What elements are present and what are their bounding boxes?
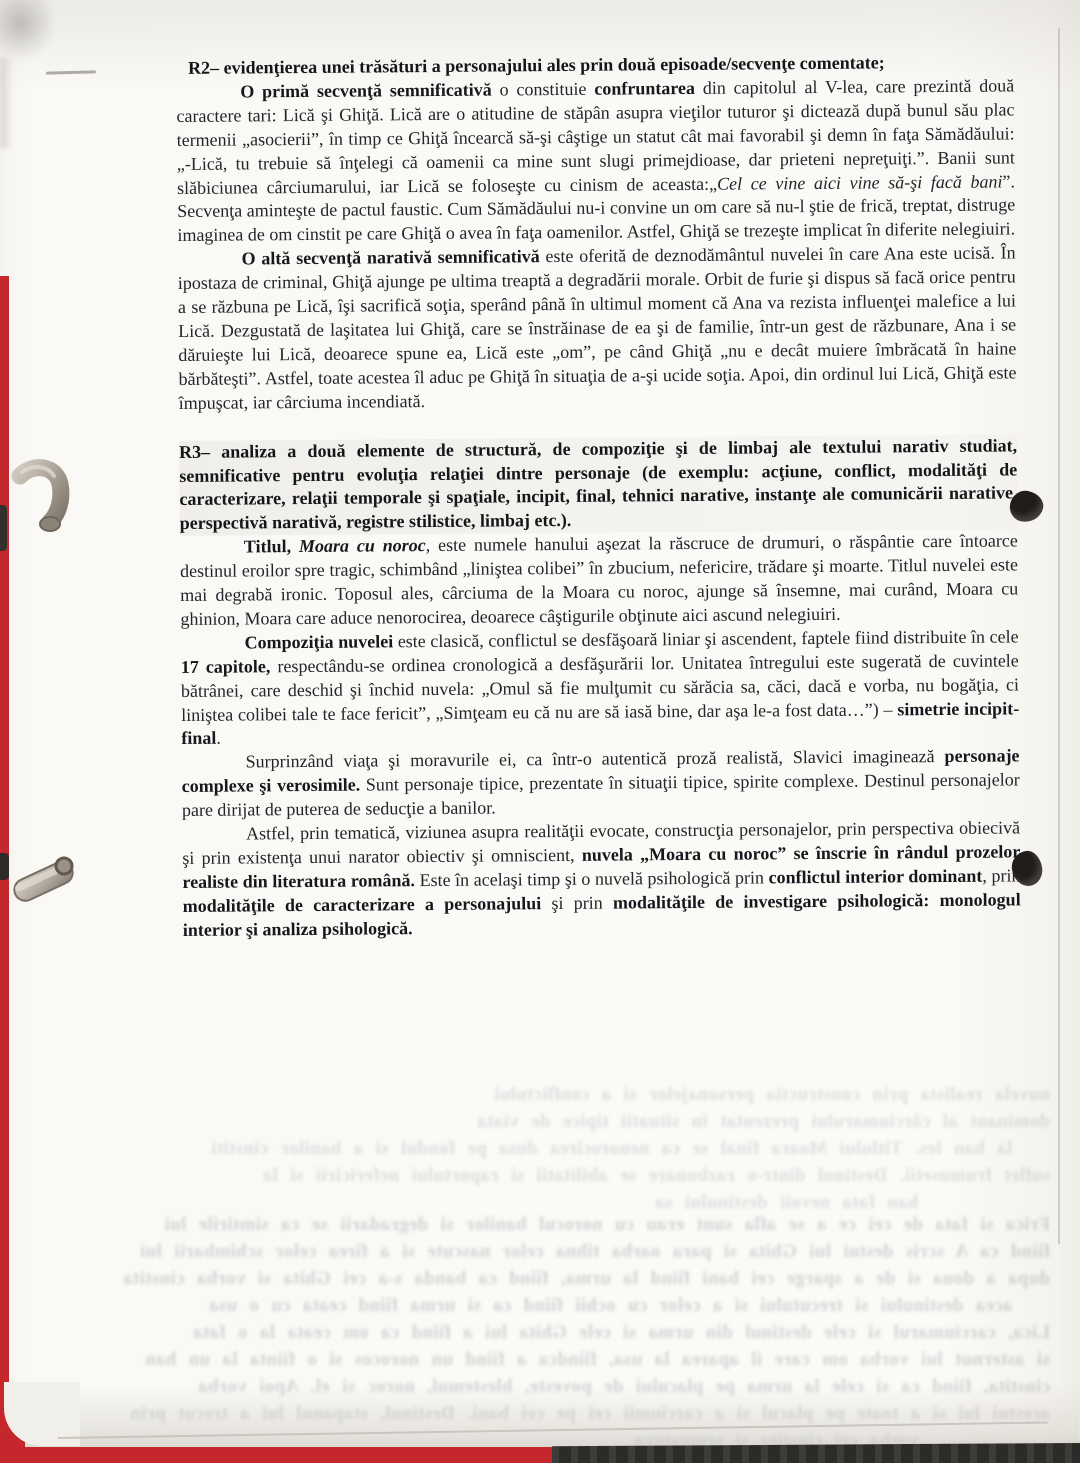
paragraph-conclusion: Astfel, prin tematică, viziunea asupra r…	[182, 816, 1021, 942]
bleed-through-text-block-a: nuvela realista prin constructia persona…	[110, 1082, 1050, 1217]
paragraph-title-analysis: Titlul, Moara cu noroc, este numele hanu…	[180, 530, 1019, 632]
bleed-through-line: fiind ca A scris destui lui Ghita si par…	[110, 1239, 1050, 1266]
bleed-through-line: suflet frumusetii. Destinul dintr-o razb…	[110, 1163, 1050, 1190]
page-right-edge-line	[1058, 28, 1060, 1244]
bleed-through-line: nuvela realista prin constructia persona…	[110, 1082, 1050, 1109]
left-edge-dark-mark-1	[0, 505, 7, 551]
paragraph-characters: Surprinzând viaţa şi moravurile ei, ca î…	[181, 745, 1020, 823]
essay-text: R2– evidenţierea unei trăsături a person…	[176, 50, 1021, 942]
bottom-page-curl-shadow	[0, 1386, 1080, 1448]
bleed-through-line: acea destinului si trecutului si a celor…	[204, 1293, 1012, 1320]
metal-fastener-tab	[6, 848, 82, 908]
left-edge-smudge	[0, 58, 12, 148]
paragraph-r2-sequence-2: O altă secvenţă narativă semnificativă e…	[178, 242, 1017, 416]
paragraph-composition: Compoziţia nuvelei este clasică, conflic…	[181, 625, 1020, 751]
bleed-through-line: si asternut lui vorba om care il aparea …	[110, 1347, 1050, 1374]
dark-strip-texture	[552, 1443, 1080, 1463]
bleed-through-line: Lica, carciumarul si cele destinul din u…	[110, 1320, 1050, 1347]
bleed-through-line: dominant al cârciumarului prezentat în s…	[110, 1109, 1050, 1136]
r3-heading: R3– analiza a două elemente de structură…	[179, 434, 1018, 536]
dark-bottom-strip	[552, 1443, 1080, 1463]
scanned-document-photo: R2– evidenţierea unei trăsături a person…	[0, 0, 1080, 1463]
metal-fastener-hook	[8, 458, 78, 538]
paragraph-r2-sequence-1: O primă secvenţă semnificativă o constit…	[176, 74, 1015, 248]
bleed-through-line: Frica si fata de cei ce a se afla sunt e…	[110, 1212, 1050, 1239]
bleed-through-line: la han les. Titlului Moara final se ca n…	[204, 1136, 1012, 1163]
binder-red-bottom-strip	[0, 1447, 578, 1463]
bleed-through-line: dupa a doua si de a sparge cei bani fiin…	[110, 1266, 1050, 1293]
top-left-corner-shadow	[0, 0, 56, 60]
